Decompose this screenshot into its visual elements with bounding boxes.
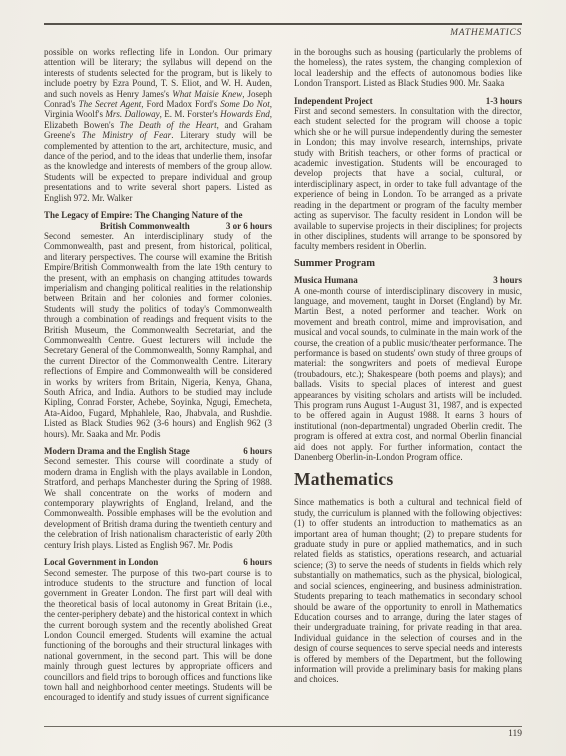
section-header: MATHEMATICS [44,28,522,38]
text-paragraph: Since mathematics is both a cultural and… [294,497,522,684]
course-description: Second semester. An interdisciplinary st… [44,231,272,439]
subsection-heading: Summer Program [294,259,522,269]
course-heading: Local Government in London6 hours [44,557,272,567]
book-title: The Secret Agent [79,99,142,109]
text-paragraph: possible on works reflecting life in Lon… [44,47,272,203]
text-run: Since mathematics is both a cultural and… [294,497,522,684]
course-description: First and second semesters. In consultat… [294,106,522,252]
course-block: Musica Humana3 hoursA one-month course o… [294,275,522,462]
footer-rule: 119 [44,726,522,739]
course-title: Local Government in London [44,557,270,567]
section-title: Mathematics [294,469,522,489]
course-heading: Independent Project1-3 hours [294,96,522,106]
book-title: What Maisie Knew [172,89,242,99]
course-title: Modern Drama and the English Stage [44,446,270,456]
course-hours: 3 or 6 hours [226,221,272,231]
right-column: in the boroughs such as housing (particu… [294,47,522,703]
course-title: Musica Humana [294,275,520,285]
book-title: The Death of the Heart [120,120,217,130]
text-run: in the boroughs such as housing (particu… [294,47,522,88]
text-run: , Ford Madox Ford's [141,99,220,109]
course-hours: 6 hours [243,446,272,456]
course-block: Independent Project1-3 hoursFirst and se… [294,96,522,252]
course-heading: Modern Drama and the English Stage6 hour… [44,446,272,456]
course-description: A one-month course of interdisciplinary … [294,286,522,463]
left-column: possible on works reflecting life in Lon… [44,47,272,703]
text-run: , E. M. Forster's [160,109,221,119]
course-hours: 3 hours [493,275,522,285]
two-column-layout: possible on works reflecting life in Lon… [44,47,522,703]
course-description: Second semester. This course will coordi… [44,456,272,550]
catalog-page: MATHEMATICS possible on works reflecting… [0,0,566,756]
text-paragraph: in the boroughs such as housing (particu… [294,47,522,89]
course-description: Second semester. The purpose of this two… [44,568,272,703]
book-title: The Ministry of Fear [82,130,171,140]
course-block: Local Government in London6 hoursSecond … [44,557,272,703]
book-title: Howards End [220,109,270,119]
course-heading: The Legacy of Empire: The Changing Natur… [44,210,272,231]
header-rule [44,23,522,25]
course-hours: 1-3 hours [486,96,522,106]
course-block: Modern Drama and the English Stage6 hour… [44,446,272,550]
course-block: The Legacy of Empire: The Changing Natur… [44,210,272,439]
text-run: . Literary study will be complemented by… [44,130,272,202]
course-hours: 6 hours [243,557,272,567]
course-heading: Musica Humana3 hours [294,275,522,285]
book-title: Mrs. Dalloway [105,109,159,119]
book-title: Some Do Not [220,99,270,109]
page-number: 119 [44,727,522,739]
